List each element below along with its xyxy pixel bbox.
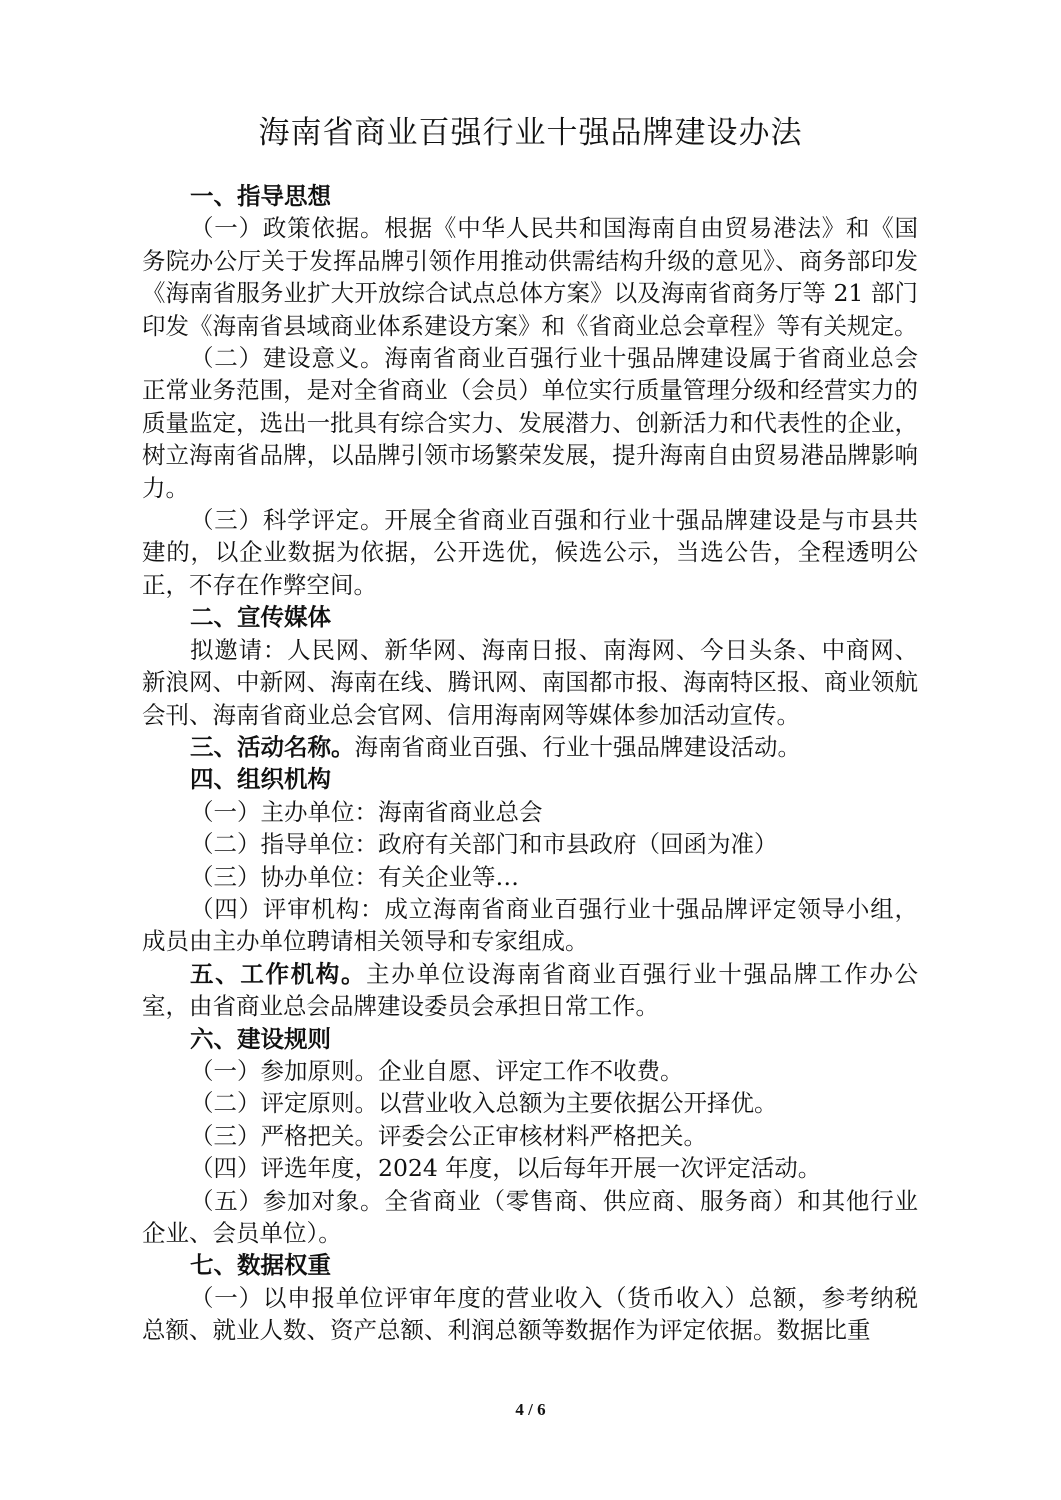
paragraph-guidance: （二）指导单位：政府有关部门和市县政府（回函为准） (142, 828, 918, 860)
paragraph-host: （一）主办单位：海南省商业总会 (142, 796, 918, 828)
inline-heading: 五、工作机构。 (190, 960, 366, 988)
paragraph-media-list: 拟邀请：人民网、新华网、海南日报、南海网、今日头条、中商网、新浪网、中新网、海南… (142, 634, 918, 731)
page-number: 4 / 6 (0, 1400, 1061, 1420)
document-title: 海南省商业百强行业十强品牌建设办法 (0, 111, 1061, 155)
paragraph-significance: （二）建设意义。海南省商业百强行业十强品牌建设属于省商业总会正常业务范围，是对全… (142, 342, 918, 504)
paragraph-policy-basis: （一）政策依据。根据《中华人民共和国海南自由贸易港法》和《国务院办公厅关于发挥品… (142, 212, 918, 342)
paragraph-scientific-evaluation: （三）科学评定。开展全省商业百强和行业十强品牌建设是与市县共建的，以企业数据为依… (142, 504, 918, 601)
paragraph-rule-5: （五）参加对象。全省商业（零售商、供应商、服务商）和其他行业企业、会员单位）。 (142, 1185, 918, 1250)
paragraph-rule-4: （四）评选年度，2024 年度，以后每年开展一次评定活动。 (142, 1152, 918, 1184)
section-heading-rules: 六、建设规则 (142, 1023, 918, 1055)
section-heading-media: 二、宣传媒体 (142, 601, 918, 633)
section-heading-guiding-thought: 一、指导思想 (142, 180, 918, 212)
paragraph-rule-2: （二）评定原则。以营业收入总额为主要依据公开择优。 (142, 1087, 918, 1119)
inline-heading: 三、活动名称。 (190, 733, 355, 761)
paragraph-data-weight-1: （一）以申报单位评审年度的营业收入（货币收入）总额，参考纳税总额、就业人数、资产… (142, 1282, 918, 1347)
paragraph-rule-3: （三）严格把关。评委会公正审核材料严格把关。 (142, 1120, 918, 1152)
document-page: 海南省商业百强行业十强品牌建设办法 一、指导思想 （一）政策依据。根据《中华人民… (0, 0, 1061, 1500)
paragraph-co-host: （三）协办单位：有关企业等… (142, 861, 918, 893)
section-activity-name: 三、活动名称。海南省商业百强、行业十强品牌建设活动。 (142, 731, 918, 763)
paragraph-review-body: （四）评审机构：成立海南省商业百强行业十强品牌评定领导小组，成员由主办单位聘请相… (142, 893, 918, 958)
document-body: 一、指导思想 （一）政策依据。根据《中华人民共和国海南自由贸易港法》和《国务院办… (142, 180, 918, 1347)
paragraph-rule-1: （一）参加原则。企业自愿、评定工作不收费。 (142, 1055, 918, 1087)
section-work-body: 五、工作机构。主办单位设海南省商业百强行业十强品牌工作办公室，由省商业总会品牌建… (142, 958, 918, 1023)
section-heading-organization: 四、组织机构 (142, 763, 918, 795)
section-heading-data-weight: 七、数据权重 (142, 1249, 918, 1281)
